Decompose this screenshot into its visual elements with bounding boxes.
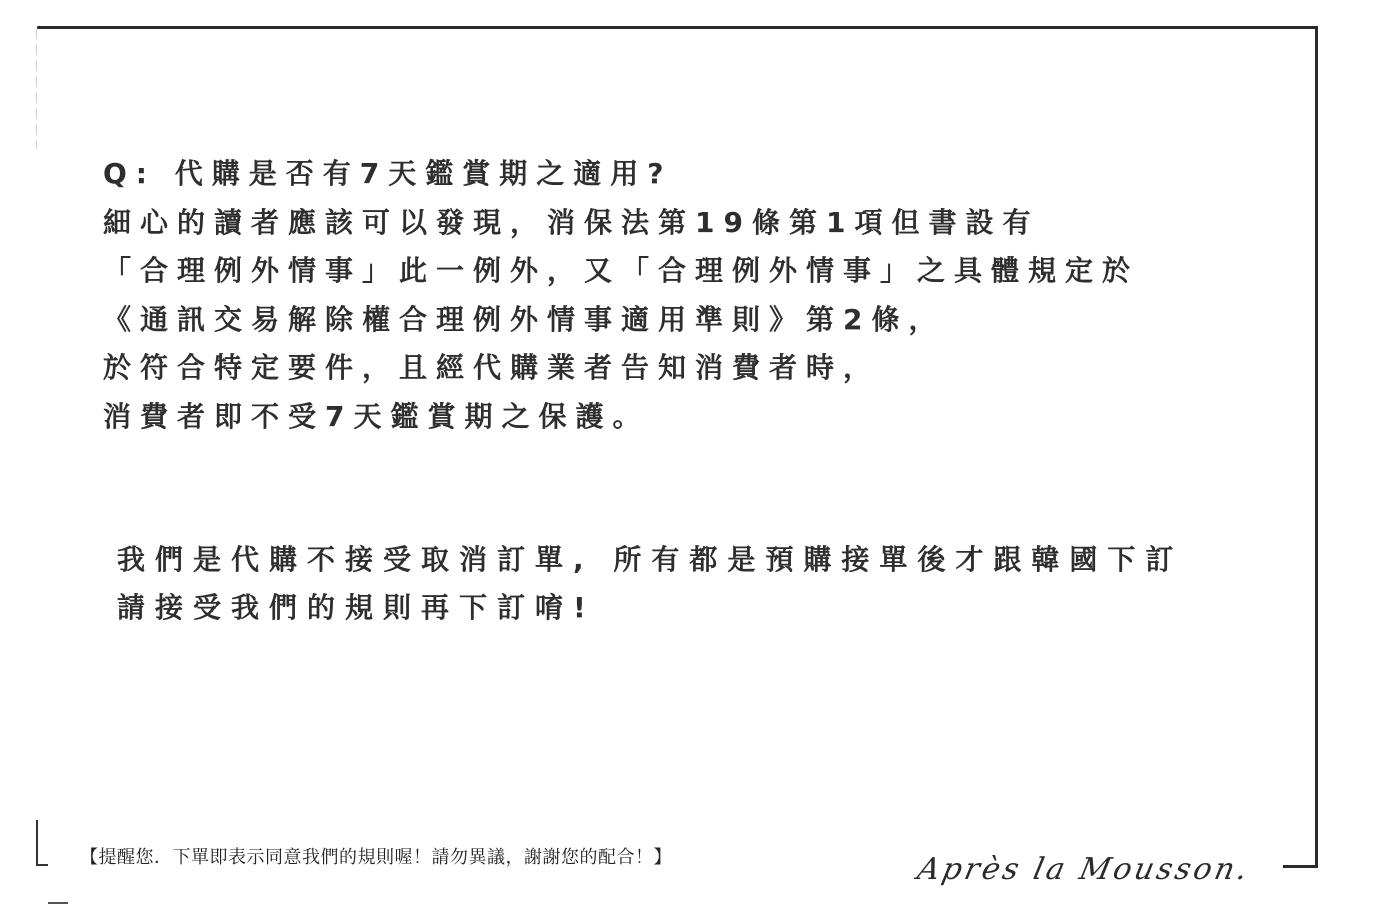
frame-left-corner	[36, 820, 38, 866]
policy-line: 請接受我們的規則再下訂唷!	[117, 584, 1183, 632]
reminder-notice: 【提醒您．下單即表示同意我們的規則喔！請勿異議，謝謝您的配合！】	[80, 843, 672, 869]
frame-bottom-stub	[48, 902, 68, 904]
signature-text: Après la Mousson.	[914, 852, 1253, 887]
faq-answer-line: 於符合特定要件，且經代購業者告知消費者時，	[103, 344, 1139, 393]
faq-answer-line: 消費者即不受7天鑑賞期之保護。	[103, 393, 1139, 442]
frame-left-border-faint	[36, 29, 37, 149]
frame-right-border	[1315, 26, 1318, 868]
faq-answer-line: 《通訊交易解除權合理例外情事適用準則》第2條，	[103, 296, 1139, 345]
faq-answer-line: 細心的讀者應該可以發現，消保法第19條第1項但書設有	[103, 199, 1139, 248]
policy-line: 我們是代購不接受取消訂單, 所有都是預購接單後才跟韓國下訂	[117, 536, 1183, 584]
faq-question: Q: 代購是否有7天鑑賞期之適用?	[103, 150, 1139, 199]
frame-top-border	[37, 26, 1317, 29]
faq-answer-line: 「合理例外情事」此一例外，又「合理例外情事」之具體規定於	[103, 247, 1139, 296]
frame-right-corner	[1283, 865, 1318, 868]
policy-section: 我們是代購不接受取消訂單, 所有都是預購接單後才跟韓國下訂 請接受我們的規則再下…	[117, 536, 1183, 632]
frame-left-corner-foot	[36, 864, 48, 866]
faq-section: Q: 代購是否有7天鑑賞期之適用? 細心的讀者應該可以發現，消保法第19條第1項…	[103, 150, 1139, 441]
